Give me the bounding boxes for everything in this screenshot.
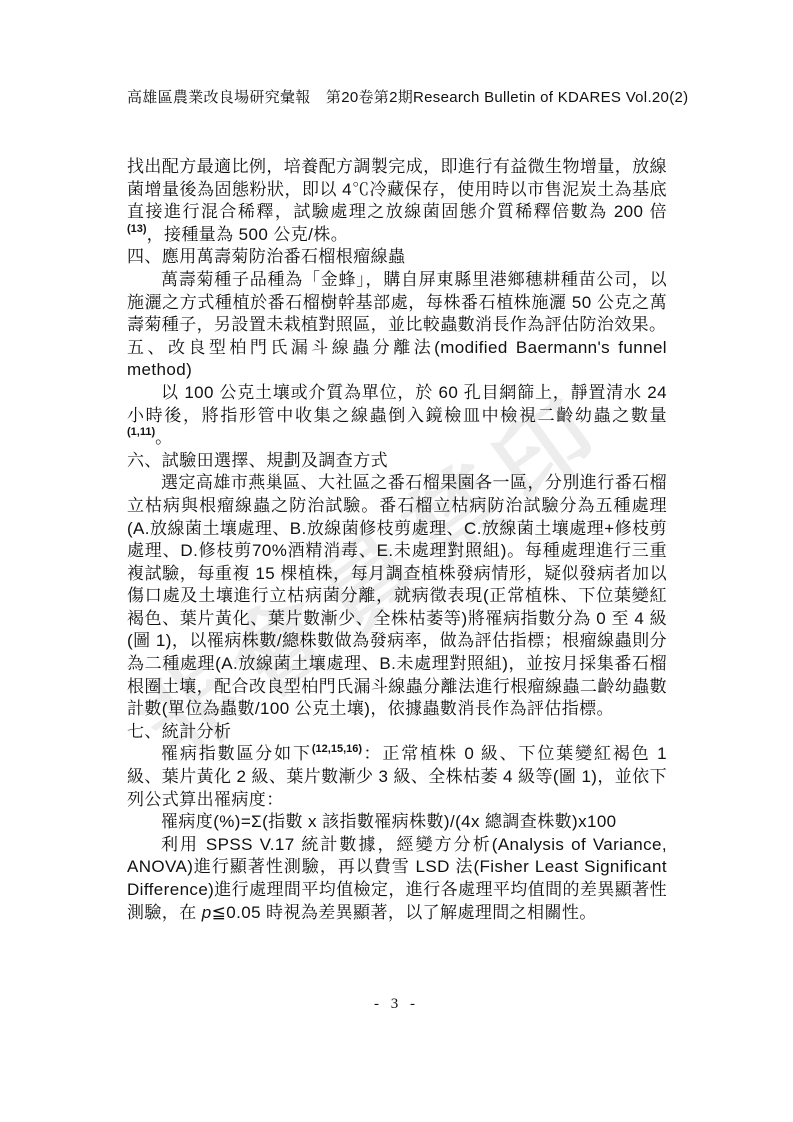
text-run: 七、統計分析 xyxy=(127,722,231,741)
body-text: 找出配方最適比例，培養配方調製完成，即進行有益微生物增量，放線菌增量後為固態粉狀… xyxy=(127,156,667,924)
text-run: 四、應用萬壽菊防治番石榴根瘤線蟲 xyxy=(127,247,405,266)
section-heading: 五、改良型柏門氏漏斗線蟲分離法(modified Baermann's funn… xyxy=(127,337,667,382)
section-heading: 七、統計分析 xyxy=(127,721,667,744)
paragraph: 找出配方最適比例，培養配方調製完成，即進行有益微生物增量，放線菌增量後為固態粉狀… xyxy=(127,156,667,246)
text-run: 。 xyxy=(155,428,172,447)
journal-title-zh: 高雄區農業改良場研究彙報 第20卷第2期 xyxy=(127,86,413,107)
text-run: 萬壽菊種子品種為「金蜂」，購自屏東縣里港鄉穗耕種苗公司，以施灑之方式種植於番石榴… xyxy=(127,270,667,334)
text-run: 找出配方最適比例，培養配方調製完成，即進行有益微生物增量，放線菌增量後為固態粉狀… xyxy=(127,157,667,221)
text-run: ，接種量為 500 公克/株。 xyxy=(147,225,349,244)
paragraph: 罹病度(%)=Σ(指數 x 該指數罹病株數)/(4x 總調查株數)x100 xyxy=(127,811,667,834)
text-run: 六、試驗田選擇、規劃及調查方式 xyxy=(127,451,388,470)
text-run: p xyxy=(202,903,212,922)
text-run: ≦0.05 時視為差異顯著，以了解處理間之相關性。 xyxy=(212,903,597,922)
text-run: 選定高雄市燕巢區、大社區之番石榴果園各一區，分別進行番石榴立枯病與根瘤線蟲之防治… xyxy=(127,473,667,718)
text-run: 罹病指數區分如下 xyxy=(161,744,312,763)
paragraph: 以 100 公克土壤或介質為單位，於 60 孔目網篩上，靜置清水 24 小時後，… xyxy=(127,382,667,450)
paragraph: 罹病指數區分如下(12,15,16)：正常植株 0 級、下位葉變紅褐色 1 級、… xyxy=(127,743,667,811)
journal-title-en: Research Bulletin of KDARES Vol.20(2) xyxy=(413,89,688,106)
text-run: 五、改良型柏門氏漏斗線蟲分離法(modified Baermann's funn… xyxy=(127,338,667,380)
text-run: 罹病度(%)=Σ(指數 x 該指數罹病株數)/(4x 總調查株數)x100 xyxy=(161,812,617,831)
document-page: 非會員禁印 高雄區農業改良場研究彙報 第20卷第2期 Research Bull… xyxy=(0,0,793,1122)
paragraph: 選定高雄市燕巢區、大社區之番石榴果園各一區，分別進行番石榴立枯病與根瘤線蟲之防治… xyxy=(127,472,667,721)
paragraph: 利用 SPSS V.17 統計數據，經變方分析(Analysis of Vari… xyxy=(127,834,667,924)
section-heading: 六、試驗田選擇、規劃及調查方式 xyxy=(127,450,667,473)
page-footer: - 3 - xyxy=(0,996,793,1013)
paragraph: 萬壽菊種子品種為「金蜂」，購自屏東縣里港鄉穗耕種苗公司，以施灑之方式種植於番石榴… xyxy=(127,269,667,337)
citation-superscript: (1,11) xyxy=(127,426,155,438)
page-number: - 3 - xyxy=(374,996,419,1012)
text-run: 以 100 公克土壤或介質為單位，於 60 孔目網篩上，靜置清水 24 小時後，… xyxy=(127,383,667,425)
page-header: 高雄區農業改良場研究彙報 第20卷第2期 Research Bulletin o… xyxy=(127,86,667,107)
citation-superscript: (13) xyxy=(127,223,147,235)
citation-superscript: (12,15,16) xyxy=(312,743,362,755)
section-heading: 四、應用萬壽菊防治番石榴根瘤線蟲 xyxy=(127,246,667,269)
